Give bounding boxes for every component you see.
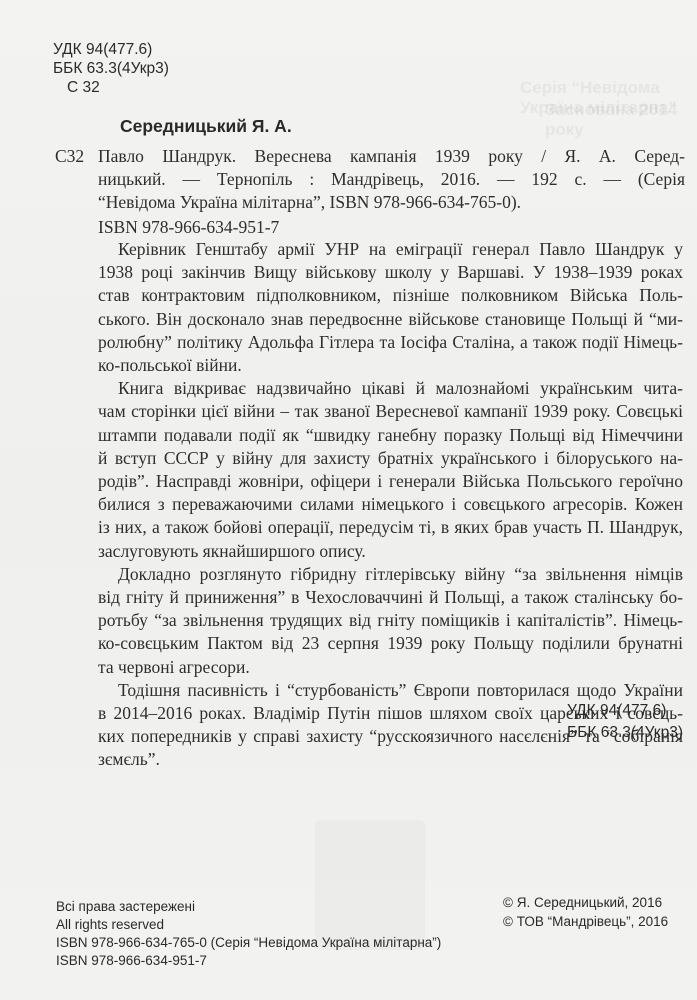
text-line: Тодішня пасивність і “стурбованість” Євр… xyxy=(98,679,683,702)
author-mark: С 32 xyxy=(53,78,169,97)
isbn: ISBN 978-966-634-951-7 xyxy=(98,216,685,239)
text-line: билися з переважаючими силами німецького… xyxy=(98,493,683,516)
annotation-paragraph: Докладно розглянуто гібридну гітлерівськ… xyxy=(98,563,683,679)
isbn-series: ISBN 978-966-634-765-0 (Серія “Невідома … xyxy=(56,934,441,952)
bbk-code: ББК 63.3(4Укр3) xyxy=(567,722,683,744)
rights-line: Всі права застережені xyxy=(56,898,441,916)
text-line: родів”. Насправді жовніри, офіцери і ген… xyxy=(98,470,683,493)
text-line: ко-польської війни. xyxy=(98,354,683,377)
text-line: чам сторінки цієї війни – так званої Вер… xyxy=(98,400,683,423)
annotation-paragraph: Керівник Генштабу армії УНР на еміграції… xyxy=(98,238,683,377)
annotation-paragraph: Книга відкриває надзвичайно цікаві й мал… xyxy=(98,377,683,563)
rights-block: Всі права застережені All rights reserve… xyxy=(56,898,441,970)
text-line: й вступ СССР у війну для захисту братніх… xyxy=(98,447,683,470)
text-line: ко-совєцьким Пактом від 23 серпня 1939 р… xyxy=(98,632,683,655)
classification-header: УДК 94(477.6) ББК 63.3(4Укр3) С 32 xyxy=(53,40,169,97)
copyright-page: Серія “Невідома Україна мілітарна” Засно… xyxy=(0,0,697,1000)
copyright-publisher: © ТОВ “Мандрівець”, 2016 xyxy=(503,912,668,931)
udk-code: УДК 94(477.6) xyxy=(53,40,169,59)
text-line: ського. Він досконало знав передвоєнне в… xyxy=(98,308,683,331)
text-line: Книга відкриває надзвичайно цікаві й мал… xyxy=(98,377,683,400)
text-line: заслуговують якнайширшого опису. xyxy=(98,540,683,563)
text-line: ролюбну” політику Адольфа Гітлера та Іос… xyxy=(98,331,683,354)
entry-line: “Невідома Україна мілітарна”, ISBN 978-9… xyxy=(98,191,685,214)
classification-footer: УДК 94(477.6) ББК 63.3(4Укр3) xyxy=(567,700,683,744)
text-line: 1938 році закінчив Вищу військову школу … xyxy=(98,261,683,284)
text-line: Докладно розглянуто гібридну гітлерівськ… xyxy=(98,563,683,586)
text-line: від гніту й приниження” в Чехословаччині… xyxy=(98,586,683,609)
catalog-entry: С32 Павло Шандрук. Вереснева кампанія 19… xyxy=(55,145,685,239)
text-line: та червоні агресори. xyxy=(98,656,683,679)
catalog-code: С32 xyxy=(55,145,84,168)
text-line: ротьбу “за звільнення трудящих від гніту… xyxy=(98,609,683,632)
text-line: став контрактовим підполковником, пізніш… xyxy=(98,284,683,307)
annotation: Керівник Генштабу армії УНР на еміграції… xyxy=(98,238,683,772)
udk-code: УДК 94(477.6) xyxy=(567,700,683,722)
author-heading: Середницький Я. А. xyxy=(120,116,292,137)
bleed-through-text: Серія “Невідома Україна мілітарна” xyxy=(520,78,697,118)
text-line: штампи подавали події як “швидку ганебну… xyxy=(98,424,683,447)
bibliographic-description: Павло Шандрук. Вереснева кампанія 1939 р… xyxy=(98,145,685,214)
text-line: із них, а також бойові операції, передус… xyxy=(98,516,683,539)
entry-line: ницький. — Тернопіль : Мандрівець, 2016.… xyxy=(98,168,685,191)
isbn: ISBN 978-966-634-951-7 xyxy=(56,952,441,970)
text-line: зємєль”. xyxy=(98,748,683,771)
entry-line: Павло Шандрук. Вереснева кампанія 1939 р… xyxy=(98,145,685,168)
bleed-through-text: Заснована 2014 року xyxy=(545,100,697,140)
text-line: Керівник Генштабу армії УНР на еміграції… xyxy=(98,238,683,261)
bbk-code: ББК 63.3(4Укр3) xyxy=(53,59,169,78)
copyright-author: © Я. Середницький, 2016 xyxy=(503,893,668,912)
rights-line: All rights reserved xyxy=(56,916,441,934)
copyright-block: © Я. Середницький, 2016 © ТОВ “Мандрівец… xyxy=(503,893,668,931)
